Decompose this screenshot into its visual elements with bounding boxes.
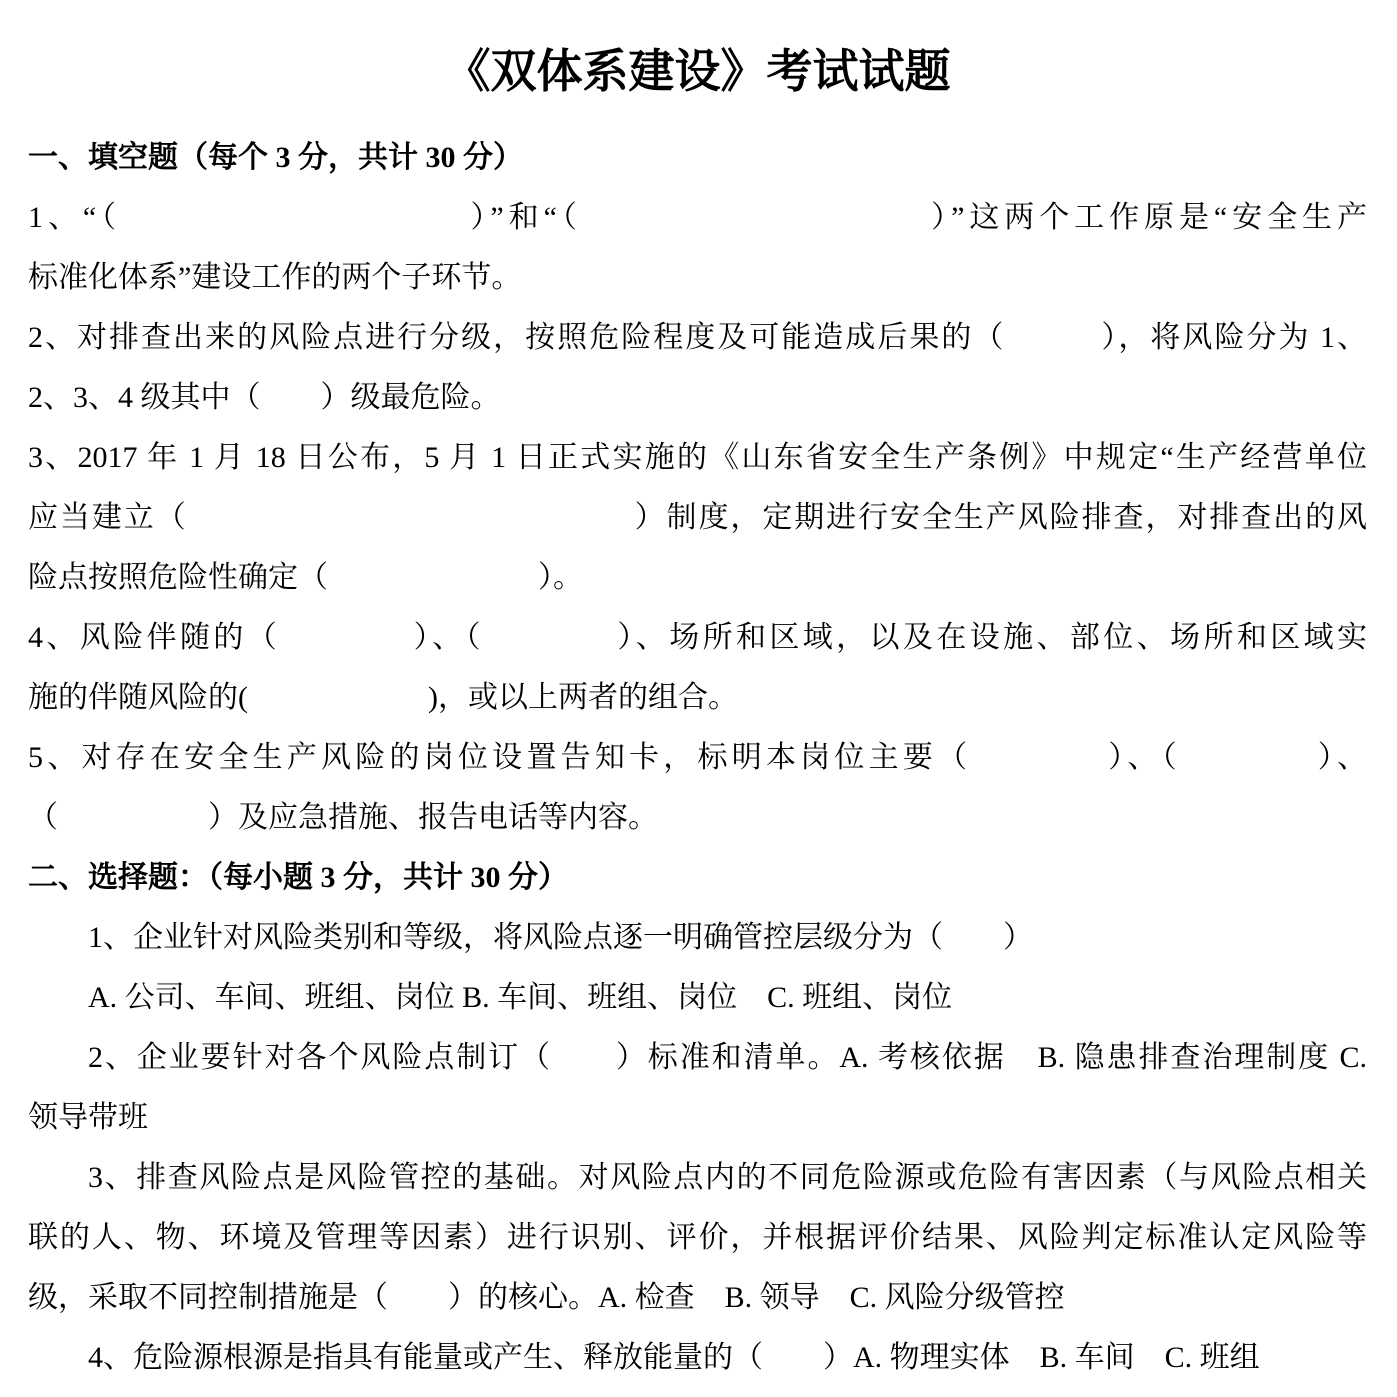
exam-document: 《双体系建设》考试试题 一、填空题（每个 3 分，共计 30 分） 1、“（ ）… [0, 0, 1397, 1388]
fill-q3-line2: 应当建立（ ）制度，定期进行安全生产风险排查，对排查出的风 [28, 488, 1367, 548]
choice-q1-options: A. 公司、车间、班组、岗位 B. 车间、班组、岗位 C. 班组、岗位 [28, 968, 1367, 1028]
page-title: 《双体系建设》考试试题 [28, 40, 1367, 104]
choice-q3-line1: 3、排查风险点是风险管控的基础。对风险点内的不同危险源或危险有害因素（与风险点相… [28, 1148, 1367, 1208]
fill-q4-line1: 4、风险伴随的（ ）、（ ）、场所和区域，以及在设施、部位、场所和区域实 [28, 608, 1367, 668]
choice-q1-stem: 1、企业针对风险类别和等级，将风险点逐一明确管控层级分为（ ） [28, 908, 1367, 968]
fill-q1-line1: 1、“（ ）”和“（ ）”这两个工作原是“安全生产 [28, 188, 1367, 248]
choice-q2-line2: 领导带班 [28, 1088, 1367, 1148]
choice-q2-line1: 2、企业要针对各个风险点制订（ ）标准和清单。A. 考核依据 B. 隐患排查治理… [28, 1028, 1367, 1088]
section1-heading: 一、填空题（每个 3 分，共计 30 分） [28, 128, 1367, 188]
fill-q5-line1: 5、对存在安全生产风险的岗位设置告知卡，标明本岗位主要（ ）、（ ）、 [28, 728, 1367, 788]
fill-in-section: 一、填空题（每个 3 分，共计 30 分） 1、“（ ）”和“（ ）”这两个工作… [28, 128, 1367, 848]
fill-q1-line2: 标准化体系”建设工作的两个子环节。 [28, 248, 1367, 308]
fill-q3-line1: 3、2017 年 1 月 18 日公布，5 月 1 日正式实施的《山东省安全生产… [28, 428, 1367, 488]
fill-q5-line2: （ ）及应急措施、报告电话等内容。 [28, 788, 1367, 848]
multiple-choice-section: 二、选择题：（每小题 3 分，共计 30 分） 1、企业针对风险类别和等级，将风… [28, 848, 1367, 1388]
fill-q2-line2: 2、3、4 级其中（ ）级最危险。 [28, 368, 1367, 428]
fill-q3-line3: 险点按照危险性确定（ ）。 [28, 548, 1367, 608]
fill-q2-line1: 2、对排查出来的风险点进行分级，按照危险程度及可能造成后果的（ ），将风险分为 … [28, 308, 1367, 368]
section2-heading: 二、选择题：（每小题 3 分，共计 30 分） [28, 848, 1367, 908]
choice-q3-line3: 级，采取不同控制措施是（ ）的核心。A. 检查 B. 领导 C. 风险分级管控 [28, 1268, 1367, 1328]
fill-q4-line2: 施的伴随风险的( )，或以上两者的组合。 [28, 668, 1367, 728]
choice-q3-line2: 联的人、物、环境及管理等因素）进行识别、评价，并根据评价结果、风险判定标准认定风… [28, 1208, 1367, 1268]
choice-q4-line1: 4、危险源根源是指具有能量或产生、释放能量的（ ）A. 物理实体 B. 车间 C… [28, 1328, 1367, 1388]
